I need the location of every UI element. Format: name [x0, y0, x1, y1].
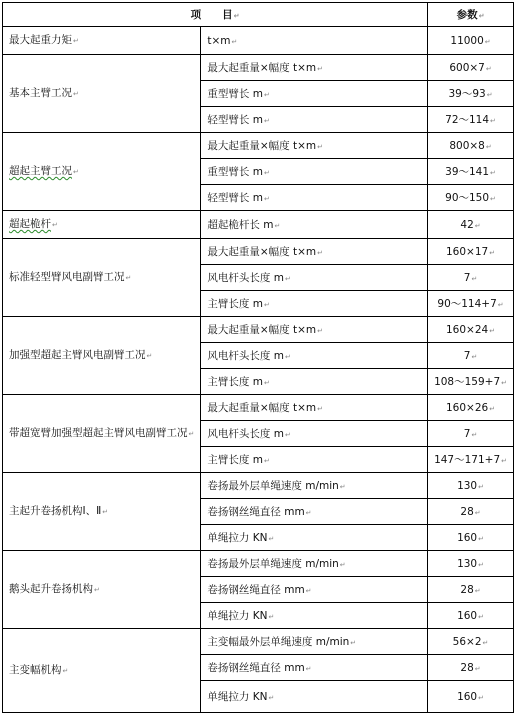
item-cell: 超起桅杆长 m↵ — [201, 211, 428, 239]
value-cell: 39～141↵ — [428, 159, 514, 185]
header-item: 项 目↵ — [3, 3, 428, 27]
value-cell: 56×2↵ — [428, 629, 514, 655]
item-cell: 重型臂长 m↵ — [201, 159, 428, 185]
table-row: 标准轻型臂风电副臂工况↵ 最大起重量×幅度 t×m↵ 160×17↵ — [3, 239, 514, 265]
item-cell: 卷扬钢丝绳直径 mm↵ — [201, 499, 428, 525]
value-cell: 108～159+7↵ — [428, 369, 514, 395]
table-row: 主起升卷扬机构Ⅰ、Ⅱ↵ 卷扬最外层单绳速度 m/min↵ 130↵ — [3, 473, 514, 499]
group-cell: 基本主臂工况↵ — [3, 55, 201, 133]
item-cell: 风电杆头长度 m↵ — [201, 343, 428, 369]
value-cell: 160×24↵ — [428, 317, 514, 343]
table-row: 鹅头起升卷扬机构↵ 卷扬最外层单绳速度 m/min↵ 130↵ — [3, 551, 514, 577]
group-cell: 超起主臂工况↵ — [3, 133, 201, 211]
value-cell: 28↵ — [428, 499, 514, 525]
item-cell: 单绳拉力 KN↵ — [201, 525, 428, 551]
item-cell: 轻型臂长 m↵ — [201, 185, 428, 211]
value-cell: 130↵ — [428, 473, 514, 499]
item-cell: 最大起重量×幅度 t×m↵ — [201, 317, 428, 343]
group-cell: 带超宽臂加强型超起主臂风电副臂工况↵ — [3, 395, 201, 473]
crane-spec-table: 项 目↵ 参数↵ 最大起重力矩↵ t×m↵ 11000↵ 基本主臂工况↵ 最大起… — [2, 2, 514, 711]
item-cell: 卷扬钢丝绳直径 mm↵ — [201, 577, 428, 603]
group-cell: 主起升卷扬机构Ⅰ、Ⅱ↵ — [3, 473, 201, 551]
item-cell: 重型臂长 m↵ — [201, 81, 428, 107]
value-cell: 11000↵ — [428, 27, 514, 55]
value-cell: 160↵ — [428, 603, 514, 629]
item-cell: 卷扬最外层单绳速度 m/min↵ — [201, 473, 428, 499]
table-row: 超起桅杆↵ 超起桅杆长 m↵ 42↵ — [3, 211, 514, 239]
value-cell: 160↵ — [428, 681, 514, 712]
value-cell: 90～114+7↵ — [428, 291, 514, 317]
table-row: 超起主臂工况↵ 最大起重量×幅度 t×m↵ 800×8↵ — [3, 133, 514, 159]
value-cell: 600×7↵ — [428, 55, 514, 81]
item-cell: 主臂长度 m↵ — [201, 369, 428, 395]
value-cell: 800×8↵ — [428, 133, 514, 159]
table-row: 基本主臂工况↵ 最大起重量×幅度 t×m↵ 600×7↵ — [3, 55, 514, 81]
item-cell: 最大起重量×幅度 t×m↵ — [201, 239, 428, 265]
value-cell: 72～114↵ — [428, 107, 514, 133]
value-cell: 28↵ — [428, 655, 514, 681]
value-cell: 7↵ — [428, 265, 514, 291]
value-cell: 28↵ — [428, 577, 514, 603]
group-cell: 最大起重力矩↵ — [3, 27, 201, 55]
table-row: 带超宽臂加强型超起主臂风电副臂工况↵ 最大起重量×幅度 t×m↵ 160×26↵ — [3, 395, 514, 421]
item-cell: 最大起重量×幅度 t×m↵ — [201, 133, 428, 159]
table-row: 加强型超起主臂风电副臂工况↵ 最大起重量×幅度 t×m↵ 160×24↵ — [3, 317, 514, 343]
group-cell: 超起桅杆↵ — [3, 211, 201, 239]
group-cell: 标准轻型臂风电副臂工况↵ — [3, 239, 201, 317]
value-cell: 39～93↵ — [428, 81, 514, 107]
header-param: 参数↵ — [428, 3, 514, 27]
item-cell: 最大起重量×幅度 t×m↵ — [201, 55, 428, 81]
group-cell: 加强型超起主臂风电副臂工况↵ — [3, 317, 201, 395]
table-row: 最大起重力矩↵ t×m↵ 11000↵ — [3, 27, 514, 55]
table-row: 主变幅机构↵ 主变幅最外层单绳速度 m/min↵ 56×2↵ — [3, 629, 514, 655]
item-cell: 卷扬钢丝绳直径 mm↵ — [201, 655, 428, 681]
item-cell: 主变幅最外层单绳速度 m/min↵ — [201, 629, 428, 655]
item-cell: 卷扬最外层单绳速度 m/min↵ — [201, 551, 428, 577]
value-cell: 160×26↵ — [428, 395, 514, 421]
value-cell: 160×17↵ — [428, 239, 514, 265]
item-cell: 轻型臂长 m↵ — [201, 107, 428, 133]
table-header-row: 项 目↵ 参数↵ — [3, 3, 514, 27]
item-cell: 单绳拉力 KN↵ — [201, 681, 428, 712]
item-cell: 主臂长度 m↵ — [201, 291, 428, 317]
value-cell: 7↵ — [428, 421, 514, 447]
item-cell: t×m↵ — [201, 27, 428, 55]
item-cell: 最大起重量×幅度 t×m↵ — [201, 395, 428, 421]
value-cell: 42↵ — [428, 211, 514, 239]
group-cell: 鹅头起升卷扬机构↵ — [3, 551, 201, 629]
value-cell: 130↵ — [428, 551, 514, 577]
value-cell: 7↵ — [428, 343, 514, 369]
item-cell: 风电杆头长度 m↵ — [201, 265, 428, 291]
item-cell: 主臂长度 m↵ — [201, 447, 428, 473]
item-cell: 风电杆头长度 m↵ — [201, 421, 428, 447]
value-cell: 90～150↵ — [428, 185, 514, 211]
item-cell: 单绳拉力 KN↵ — [201, 603, 428, 629]
group-cell: 主变幅机构↵ — [3, 629, 201, 712]
value-cell: 147～171+7↵ — [428, 447, 514, 473]
value-cell: 160↵ — [428, 525, 514, 551]
